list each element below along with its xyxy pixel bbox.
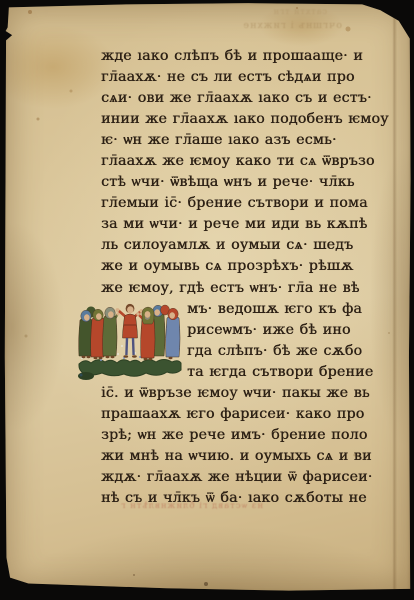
text-line: ѥ· ѡн же гл̄аше ıако азъ есмь· <box>101 130 393 151</box>
figure-left-3 <box>103 307 120 358</box>
text-block: жде ıако слѣпъ бѣ и прошааще· игл̄аахѫ· … <box>101 46 393 509</box>
text-line: гл̄емыи іс̄· брение сътвори и пома <box>101 193 393 214</box>
text-line: ль силоуамлѫ и оумыи сѧ· шедъ <box>101 235 393 256</box>
bleedthrough-inscription-bottom: нз ѡставд гі ближнвлѣтн г <box>103 500 263 511</box>
text-line: зрѣ; ѡн же рече имъ· брение поло <box>101 425 393 446</box>
figure-right-3 <box>166 308 180 359</box>
text-line: жде ıако слѣпъ бѣ и прошааще· и <box>101 46 393 67</box>
ground-dot <box>80 374 83 377</box>
text-line: стѣ ѡчи· ѿвѣща ѡнъ и рече· чл̄кь <box>101 172 393 193</box>
text-line: жи мнѣ на ѡчию. и оумыхь сѧ и ви <box>101 446 393 467</box>
text-line: за ми ѡчи· и рече ми иди вь кѫпѣ <box>101 214 393 235</box>
parchment-page: сатхтй тгн очгшнъ і гижхне жде ıако слѣп… <box>4 2 411 593</box>
bleedthrough-inscription-top: очгшнъ і гижхне <box>200 20 342 31</box>
miniature-illustration <box>78 296 182 384</box>
text-line: же и оумывь сѧ прозрѣхъ· рѣшѫ <box>101 256 393 277</box>
text-line: гл̄аахѫ· не съ ли естъ сѣдѧи про <box>101 67 393 88</box>
figure-young-man <box>116 304 144 358</box>
text-line: іс̄. и ѿвръзе ѥмоу ѡчи· пакы же вь <box>101 383 393 404</box>
ground <box>79 360 181 377</box>
text-line: инии же гл̄аахѫ ıако подобенъ ѥмоу <box>101 109 393 130</box>
text-line: гл̄аахѫ же ѥмоу како ти сѧ ѿвръзо <box>101 151 393 172</box>
bleedthrough-inscription-top-2: сатхтй тгн <box>232 7 327 16</box>
parchment-stains <box>4 2 6 4</box>
text-line: ждѫ· гл̄аахѫ же нѣции ѿ фарисеи· <box>101 467 393 488</box>
text-line: прашаахѫ ѥго фарисеи· како про <box>101 404 393 425</box>
text-line: сѧи· ови же гл̄аахѫ ıако съ и естъ· <box>101 88 393 109</box>
figure-right-1 <box>136 307 155 360</box>
